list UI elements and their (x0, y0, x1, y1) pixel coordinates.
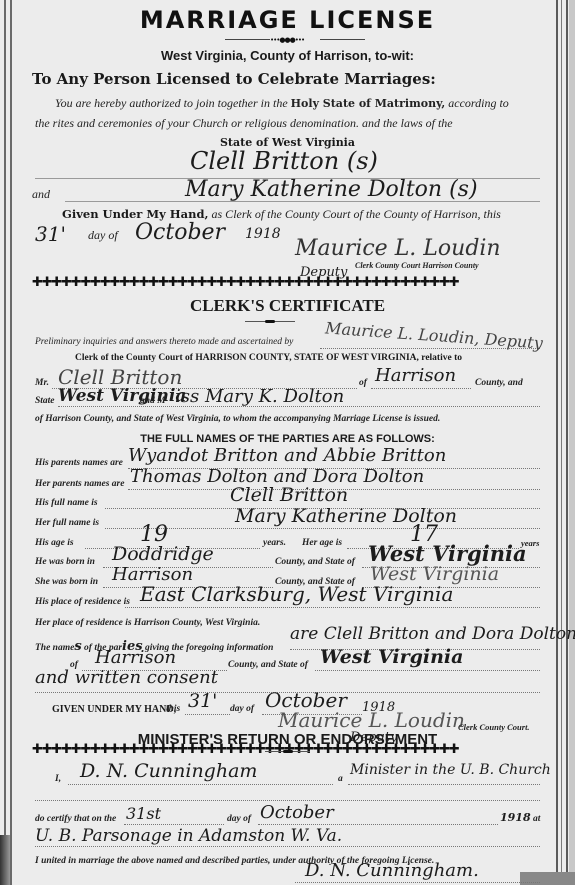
his-full-name-label: His full name is (35, 498, 98, 508)
day-of-label: day of (88, 228, 118, 243)
his-residence-label: His place of residence is (35, 597, 130, 607)
given-under-hand-line: Given Under My Hand, as Clerk of the Cou… (62, 207, 501, 222)
state-line (58, 406, 540, 407)
minister-month: October (260, 802, 334, 823)
wedding-place-line (35, 846, 540, 847)
wedding-place: U. B. Parsonage in Adamston W. Va. (35, 826, 342, 846)
informant-value: are Clell Britton and Dora Dolton (290, 624, 575, 644)
given-day-line (185, 714, 230, 715)
his-residence-line (125, 607, 540, 608)
license-month: October (135, 220, 225, 245)
he-born-county: Doddridge (112, 543, 214, 565)
consent-value: and written consent (35, 667, 218, 688)
his-parents-label: His parents names are (35, 458, 123, 468)
state-value: West Virginia (58, 386, 186, 406)
minister-year: 1918 (500, 811, 531, 824)
minister-name: D. N. Cunningham (80, 760, 257, 782)
given-day: 31' (188, 690, 217, 712)
given-day-of-label: day of (230, 704, 254, 714)
of-county: Harrison (375, 365, 456, 386)
minister-day: 31st (126, 804, 161, 823)
certify-label: do certify that on the (35, 814, 116, 824)
license-title: MARRIAGE LICENSE (0, 6, 575, 34)
a-label: a (338, 774, 343, 784)
minister-day-of-label: day of (227, 814, 251, 824)
informant-state-line (315, 670, 540, 671)
given-under-hand-text: Given Under My Hand, (62, 207, 209, 221)
his-age-label: His age is (35, 538, 74, 548)
minister-day-line (124, 824, 224, 825)
scan-edge-shadow (0, 835, 10, 885)
bride-name-line (65, 201, 540, 202)
of-line (371, 388, 471, 389)
section-ornament-dot (265, 320, 275, 323)
minister-role-line (348, 784, 540, 785)
mr-label: Mr. (35, 378, 49, 388)
clerk-title: Clerk County Court Harrison County (355, 261, 479, 270)
and-label: and (32, 187, 50, 202)
bride-name: Mary Katherine Dolton (s) (185, 177, 478, 202)
authorization-line-1: You are hereby authorized to join togeth… (55, 96, 509, 111)
her-full-name-line (105, 528, 540, 529)
issued-line: of Harrison County, and State of West Vi… (35, 414, 440, 424)
cross-divider: ✚✚✚✚✚✚✚✚✚✚✚✚✚✚✚✚✚✚✚✚✚✚✚✚✚✚✚✚✚✚✚✚✚✚✚✚✚✚✚✚… (32, 275, 542, 289)
preliminary-label: Preliminary inquiries and answers theret… (35, 337, 293, 347)
years-label: years. (263, 538, 286, 548)
minister-signature-line (295, 882, 540, 883)
her-parents-label: Her parents names are (35, 479, 124, 489)
title-ornament: •••●●●••• (225, 36, 365, 44)
her-full-name-label: Her full name is (35, 518, 99, 528)
her-age-label: Her age is (302, 538, 342, 548)
full-names-heading: THE FULL NAMES OF THE PARTIES ARE AS FOL… (0, 433, 575, 445)
certificate-clerk-signature: Maurice L. Loudin (278, 708, 465, 732)
groom-name: Clell Britton (s) (190, 147, 378, 175)
informant-county-state-label: County, and State of (228, 660, 308, 670)
minister-title: MINISTER'S RETURN OR ENDORSEMENT (0, 731, 575, 748)
authorization-line-2: the rites and ceremonies of your Church … (35, 116, 453, 131)
license-year: 1918 (245, 226, 281, 242)
at-label: at (533, 814, 540, 824)
minister-signature: D. N. Cunningham. (305, 860, 479, 881)
miss-name: iss Mary K. Dolton (175, 386, 344, 407)
she-born-label: She was born in (35, 577, 98, 587)
authorization-text: according to (448, 96, 509, 110)
scan-edge-shadow (520, 872, 575, 885)
informant-state: West Virginia (320, 646, 463, 668)
certificate-title: CLERK'S CERTIFICATE (0, 296, 575, 316)
of-label: of (359, 378, 367, 388)
authorization-text: You are hereby authorized to join togeth… (55, 96, 288, 110)
minister-extra-line (35, 800, 540, 801)
clerk-county-line: Clerk of the County Court of HARRISON CO… (75, 353, 462, 363)
her-residence-line: Her place of residence is Harrison Count… (35, 618, 260, 628)
ornament-dots: •••●●●••• (270, 36, 304, 44)
state-label: State (35, 396, 55, 406)
given-under-hand-label: GIVEN UNDER MY HAND, (52, 704, 176, 715)
his-full-name-value: Clell Britton (230, 484, 348, 506)
his-residence-value: East Clarksburg, West Virginia (140, 582, 453, 606)
and-miss-label: and M (140, 396, 166, 406)
section-ornament-dot (283, 750, 293, 753)
minister-name-line (68, 784, 333, 785)
he-born-label: He was born in (35, 557, 95, 567)
informant-text: The name (35, 643, 74, 653)
license-day: 31' (35, 222, 66, 246)
jurisdiction: West Virginia, County of Harrison, to-wi… (0, 48, 575, 63)
salutation: To Any Person Licensed to Celebrate Marr… (32, 70, 436, 88)
given-text: as Clerk of the County Court of the Coun… (212, 207, 501, 221)
informant-county: Harrison (95, 647, 176, 668)
i-label: I, (55, 774, 61, 784)
county-and-label: County, and (475, 378, 523, 388)
marriage-license-document: MARRIAGE LICENSE •••●●●••• West Virginia… (0, 0, 575, 885)
informant-suffix: s (74, 639, 81, 654)
minister-role: Minister in the U. B. Church (350, 762, 551, 778)
given-this-label: this (166, 704, 180, 714)
clerk-signature: Maurice L. Loudin (295, 236, 501, 261)
his-parents-value: Wyandot Britton and Abbie Britton (128, 445, 446, 466)
minister-month-line (258, 824, 498, 825)
county-state-label: County, and State of (275, 557, 355, 567)
holy-state-text: Holy State of Matrimony, (291, 97, 446, 110)
